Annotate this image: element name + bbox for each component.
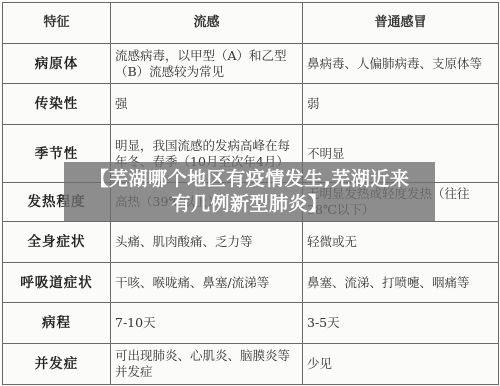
row-cold: 鼻塞、流涕、打喷嚏、咽痛等 [303, 263, 499, 303]
row-cold: 弱 [303, 84, 499, 125]
row-feature: 呼吸道症状 [3, 263, 111, 303]
row-flu: 头痛、肌肉酸痛、乏力等 [111, 222, 303, 263]
table-header-row: 特征 流感 普通感冒 [3, 3, 499, 44]
row-flu: 强 [111, 84, 303, 125]
row-cold: 少见 [303, 344, 499, 385]
row-feature: 病程 [3, 303, 111, 344]
row-feature: 全身症状 [3, 222, 111, 263]
row-cold: 轻微或无 [303, 222, 499, 263]
row-flu: 可出现肺炎、心肌炎、脑膜炎等并发症 [111, 344, 303, 385]
header-common-cold: 普通感冒 [303, 3, 499, 44]
header-feature: 特征 [3, 3, 111, 44]
headline-line-2: 有几例新型肺炎】 [64, 192, 435, 217]
table-row: 病程 7-10天 3-5天 [3, 303, 499, 344]
row-feature: 并发症 [3, 344, 111, 385]
row-flu: 7-10天 [111, 303, 303, 344]
table-row: 呼吸道症状 干咳、喉咙痛、鼻塞/流涕等 鼻塞、流涕、打喷嚏、咽痛等 [3, 263, 499, 303]
table-row: 并发症 可出现肺炎、心肌炎、脑膜炎等并发症 少见 [3, 344, 499, 385]
header-flu: 流感 [111, 3, 303, 44]
row-cold: 鼻病毒、人偏肺病毒、支原体等 [303, 44, 499, 84]
row-feature: 病原体 [3, 44, 111, 84]
table-row: 全身症状 头痛、肌肉酸痛、乏力等 轻微或无 [3, 222, 499, 263]
table-row: 病原体 流感病毒，以甲型（A）和乙型（B）流感较为常见 鼻病毒、人偏肺病毒、支原… [3, 44, 499, 84]
row-flu: 流感病毒，以甲型（A）和乙型（B）流感较为常见 [111, 44, 303, 84]
row-cold: 3-5天 [303, 303, 499, 344]
headline-overlay-banner: 【芜湖哪个地区有疫情发生,芜湖近来 有几例新型肺炎】 [64, 162, 435, 222]
headline-line-1: 【芜湖哪个地区有疫情发生,芜湖近来 [64, 167, 435, 192]
row-feature: 传染性 [3, 84, 111, 125]
row-flu: 干咳、喉咙痛、鼻塞/流涕等 [111, 263, 303, 303]
table-row: 传染性 强 弱 [3, 84, 499, 125]
